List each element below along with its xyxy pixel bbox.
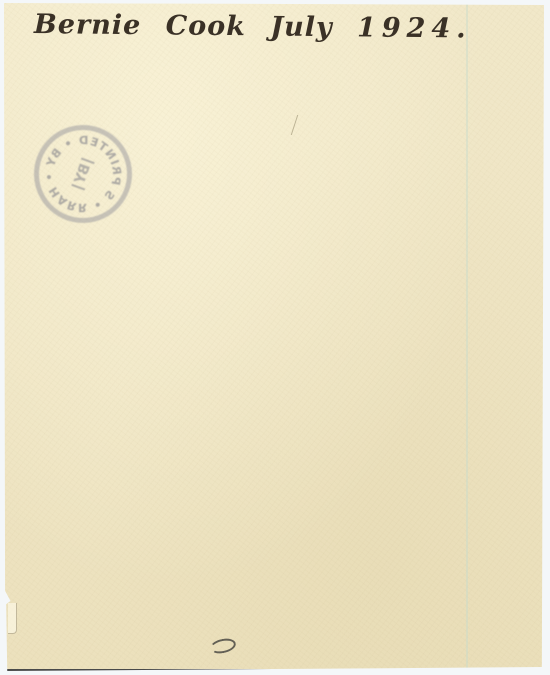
scan-background: Bernie Cook July 1924. PRINTED • BY • HA… bbox=[0, 0, 550, 675]
handwritten-inscription: Bernie Cook July 1924. bbox=[34, 9, 486, 45]
edge-tear bbox=[8, 603, 17, 634]
inscription-month: July bbox=[270, 11, 333, 43]
inscription-last-name: Cook bbox=[166, 10, 247, 42]
inscription-year: 1924. bbox=[357, 12, 472, 44]
printer-stamp: PRINTED • BY • HARR • SUP • BY bbox=[20, 111, 146, 237]
fold-line bbox=[466, 3, 468, 669]
pencil-mark bbox=[209, 636, 237, 655]
paper-crease bbox=[291, 115, 301, 135]
photo-card-back: Bernie Cook July 1924. PRINTED • BY • HA… bbox=[4, 3, 544, 671]
inscription-first-name: Bernie bbox=[34, 9, 142, 41]
